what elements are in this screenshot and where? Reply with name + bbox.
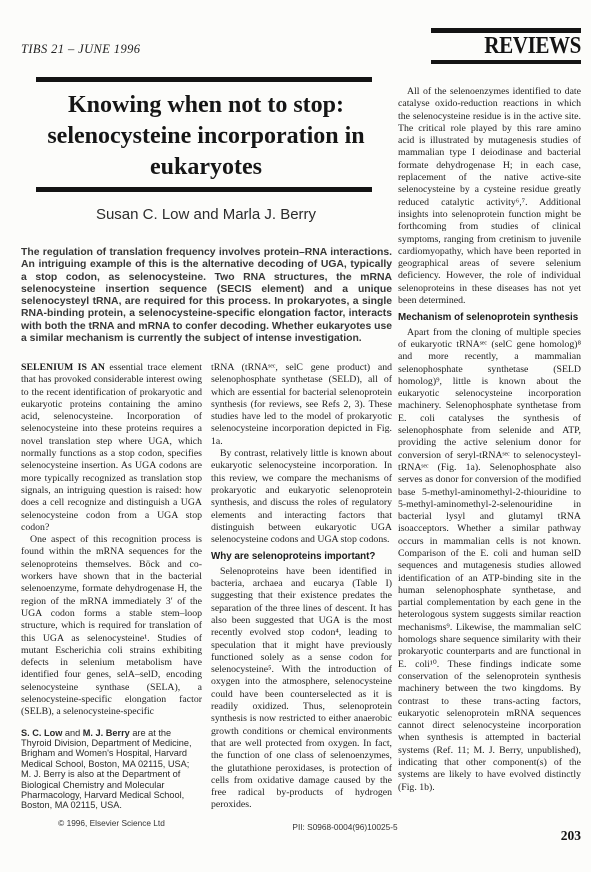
journal-issue-header: TIBS 21 – JUNE 1996 [21,42,140,57]
title-line-3: eukaryotes [21,152,391,183]
article-title: Knowing when not to stop: selenocysteine… [21,90,391,183]
section-label: REVIEWS [449,33,581,60]
pii-identifier: PII: S0968-0004(96)10025-5 [255,822,435,832]
paragraph-text: essential trace element that has provoke… [21,362,202,533]
article-abstract: The regulation of translation frequency … [21,247,392,345]
paragraph: All of the selenoenzymes identified to d… [398,86,581,307]
author-affiliation-note: S. C. Low and M. J. Berry are at the Thy… [21,728,202,811]
lead-in-small-caps: SELENIUM IS AN [21,362,105,373]
journal-page: TIBS 21 – JUNE 1996 REVIEWS Knowing when… [0,0,591,872]
paragraph: By contrast, relatively little is known … [211,448,392,546]
section-heading-mechanism: Mechanism of selenoprotein synthesis [398,312,581,324]
title-rule-bottom [36,187,372,192]
paragraph: Apart from the cloning of multiple speci… [398,327,581,794]
author-byline: Susan C. Low and Marla J. Berry [21,206,391,223]
body-column-3: All of the selenoenzymes identified to d… [398,86,581,838]
paragraph: Selenoproteins have been identified in b… [211,566,392,812]
affiliation-text: are at the Thyroid Division, Department … [21,728,192,811]
copyright-line: © 1996, Elsevier Science Ltd [21,817,202,829]
title-line-2: selenocysteine incorporation in [21,121,391,152]
section-heading-why-selenoproteins: Why are selenoproteins important? [211,551,392,563]
title-rule-top [36,77,372,82]
title-line-1: Knowing when not to stop: [21,90,391,121]
paragraph: tRNA (tRNAˢᵉᶜ, selC gene product) and se… [211,362,392,448]
body-column-2: tRNA (tRNAˢᵉᶜ, selC gene product) and se… [211,362,392,829]
reviews-section-banner: REVIEWS [431,28,581,64]
banner-rule-bottom [431,60,581,64]
paragraph: SELENIUM IS AN essential trace element t… [21,362,202,534]
affiliation-author-2: M. J. Berry [83,728,130,738]
affiliation-author-1: S. C. Low [21,728,62,738]
paragraph: One aspect of this recognition process i… [21,534,202,718]
body-columns: SELENIUM IS AN essential trace element t… [21,362,392,829]
body-column-1: SELENIUM IS AN essential trace element t… [21,362,202,829]
affiliation-text: and [62,728,82,738]
page-number: 203 [549,828,581,844]
